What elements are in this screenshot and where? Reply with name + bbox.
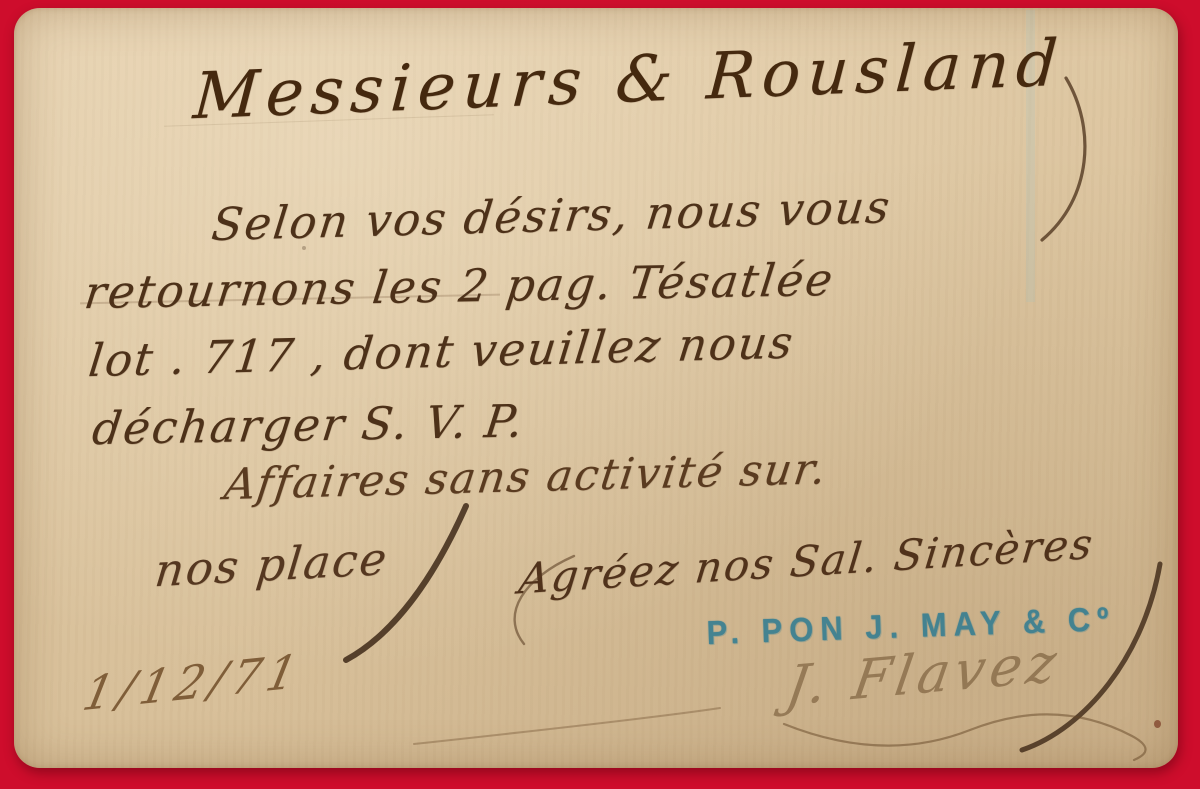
body-line-2: retournons les 2 pag. Tésatlée — [81, 253, 837, 319]
postcard: Messieurs & Rousland Selon vos désirs, n… — [14, 8, 1178, 768]
body-line-1: Selon vos désirs, nous vous — [209, 180, 894, 251]
date-note: 1/12/71 — [78, 643, 308, 721]
place-note: nos place — [152, 532, 391, 598]
body-line-4: décharger S. V. P. — [89, 394, 527, 455]
closing-line: Agréez nos Sal. Sincères — [516, 519, 1096, 604]
body-line-5: Affaires sans activité sur. — [221, 444, 830, 510]
salutation-line: Messieurs & Rousland — [191, 27, 1067, 135]
body-line-3: lot . 717 , dont veuillez nous — [86, 316, 797, 388]
paper-speck — [1154, 720, 1161, 728]
photo-background: Messieurs & Rousland Selon vos désirs, n… — [0, 0, 1200, 789]
